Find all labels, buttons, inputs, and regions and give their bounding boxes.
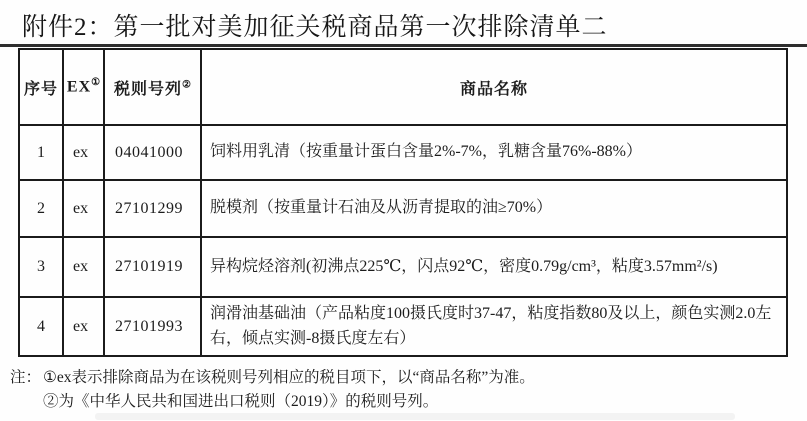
- row-product-name: 异构烷烃溶剂(初沸点225℃，闪点92℃，密度0.79g/cm³，粘度3.57m…: [201, 237, 787, 297]
- row-index: 4: [19, 297, 63, 356]
- row-product-name: 饲料用乳清（按重量计蛋白含量2%-7%，乳糖含量76%-88%）: [201, 125, 787, 180]
- header-index: 序号: [19, 49, 63, 125]
- footnotes-label: 注：: [10, 366, 41, 414]
- row-ex-flag: ex: [63, 180, 104, 237]
- row-index: 1: [19, 125, 63, 180]
- row-tariff-code: 04041000: [104, 125, 201, 180]
- row-tariff-code: 27101919: [104, 237, 201, 297]
- document-page: 附件2：第一批对美加征关税商品第一次排除清单二 序号 EX① 税则号列② 商品名…: [0, 0, 807, 421]
- row-product-name: 润滑油基础油（产品粘度100摄氏度时37-47，粘度指数80及以上，颜色实测2.…: [201, 297, 787, 356]
- table-row: 2 ex 27101299 脱模剂（按重量计石油及从沥青提取的油≥70%）: [19, 180, 787, 237]
- header-ex-label: EX: [67, 79, 91, 96]
- row-index: 3: [19, 237, 63, 297]
- row-tariff-code: 27101993: [104, 297, 201, 356]
- header-product-name: 商品名称: [201, 49, 787, 125]
- table-row: 3 ex 27101919 异构烷烃溶剂(初沸点225℃，闪点92℃，密度0.7…: [19, 237, 787, 297]
- exclusion-list-table: 序号 EX① 税则号列② 商品名称 1 ex 04041000 饲料用乳清（按重…: [18, 48, 788, 357]
- row-ex-flag: ex: [63, 297, 104, 356]
- header-ex: EX①: [63, 49, 104, 125]
- title-underline: [0, 44, 807, 47]
- row-ex-flag: ex: [63, 125, 104, 180]
- header-tariff: 税则号列②: [104, 49, 201, 125]
- row-product-name: 脱模剂（按重量计石油及从沥青提取的油≥70%）: [201, 180, 787, 237]
- footnote-1: ①ex表示排除商品为在该税则号列相应的税目项下，以“商品名称”为准。: [43, 366, 535, 390]
- row-index: 2: [19, 180, 63, 237]
- footnote-2: ②为《中华人民共和国进出口税则（2019）》的税则号列。: [43, 390, 535, 414]
- page-title: 附件2：第一批对美加征关税商品第一次排除清单二: [22, 7, 608, 43]
- table-header-row: 序号 EX① 税则号列② 商品名称: [19, 49, 787, 125]
- footnotes: 注： ①ex表示排除商品为在该税则号列相应的税目项下，以“商品名称”为准。 ②为…: [10, 366, 535, 414]
- row-ex-flag: ex: [63, 237, 104, 297]
- table-row: 4 ex 27101993 润滑油基础油（产品粘度100摄氏度时37-47，粘度…: [19, 297, 787, 356]
- header-tariff-label: 税则号列: [114, 81, 182, 98]
- table-row: 1 ex 04041000 饲料用乳清（按重量计蛋白含量2%-7%，乳糖含量76…: [19, 125, 787, 180]
- header-ex-footnote-mark: ①: [91, 77, 100, 88]
- header-tariff-footnote-mark: ②: [182, 79, 191, 90]
- row-tariff-code: 27101299: [104, 180, 201, 237]
- scan-shadow-artifact: [95, 413, 735, 420]
